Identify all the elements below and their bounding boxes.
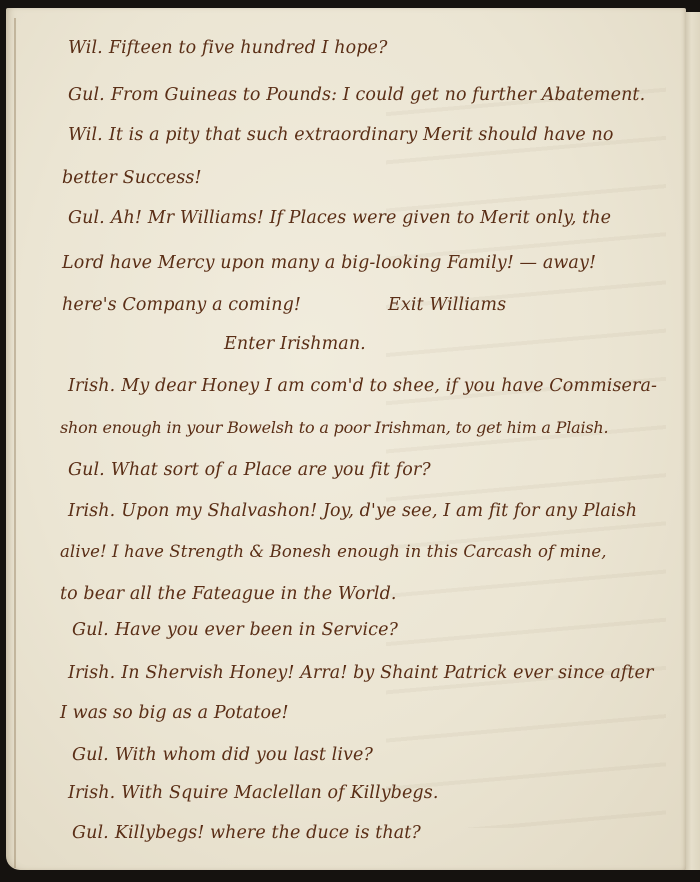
line-text: Lord have Mercy upon many a big-looking … xyxy=(62,253,596,273)
speaker-label: Irish. xyxy=(68,376,115,396)
manuscript-text: Wil.Fifteen to five hundred I hope? Gul.… xyxy=(6,8,686,870)
line-text: With Squire Maclellan of Killybegs. xyxy=(121,783,438,803)
line-text: shon enough in your Bowelsh to a poor Ir… xyxy=(60,418,608,437)
line-text: It is a pity that such extraordinary Mer… xyxy=(109,125,614,145)
speaker-label: Gul. xyxy=(68,85,105,105)
manuscript-line: Irish.In Shervish Honey! Arra! by Shaint… xyxy=(68,663,653,683)
manuscript-line: Irish.My dear Honey I am com'd to shee, … xyxy=(68,376,657,396)
line-text: Upon my Shalvashon! Joy, d'ye see, I am … xyxy=(121,501,637,521)
manuscript-line: I was so big as a Potatoe! xyxy=(60,703,289,723)
speaker-label: Irish. xyxy=(68,783,115,803)
manuscript-line: Gul.Ah! Mr Williams! If Places were give… xyxy=(68,208,611,228)
manuscript-line: Wil.It is a pity that such extraordinary… xyxy=(68,125,614,145)
speaker-label: Gul. xyxy=(72,823,109,843)
manuscript-line: here's Company a coming! Exit Williams xyxy=(62,295,662,315)
speaker-label: Gul. xyxy=(72,620,109,640)
manuscript-line: alive! I have Strength & Bonesh enough i… xyxy=(60,542,607,561)
stage-direction-text: Enter Irishman. xyxy=(224,334,366,354)
line-text: here's Company a coming! xyxy=(62,295,301,315)
line-text: With whom did you last live? xyxy=(115,745,373,765)
line-text: Ah! Mr Williams! If Places were given to… xyxy=(111,208,611,228)
line-text: better Success! xyxy=(62,168,202,188)
manuscript-line: shon enough in your Bowelsh to a poor Ir… xyxy=(60,418,608,437)
manuscript-line: better Success! xyxy=(62,168,202,188)
speaker-label: Irish. xyxy=(68,663,115,683)
manuscript-page: Wil.Fifteen to five hundred I hope? Gul.… xyxy=(6,8,686,870)
manuscript-line: to bear all the Fateague in the World. xyxy=(60,584,397,604)
speaker-label: Wil. xyxy=(68,38,103,58)
speaker-label: Wil. xyxy=(68,125,103,145)
manuscript-line: Gul.From Guineas to Pounds: I could get … xyxy=(68,85,645,105)
line-text: Have you ever been in Service? xyxy=(115,620,398,640)
manuscript-line: Gul.With whom did you last live? xyxy=(72,745,373,765)
stage-direction: Enter Irishman. xyxy=(224,334,366,354)
line-text: I was so big as a Potatoe! xyxy=(60,703,289,723)
line-text: My dear Honey I am com'd to shee, if you… xyxy=(121,376,657,396)
speaker-label: Gul. xyxy=(72,745,109,765)
line-text: Fifteen to five hundred I hope? xyxy=(109,38,388,58)
speaker-label: Gul. xyxy=(68,460,105,480)
speaker-label: Gul. xyxy=(68,208,105,228)
adjacent-page-edge xyxy=(684,12,700,870)
manuscript-line: Lord have Mercy upon many a big-looking … xyxy=(62,253,596,273)
line-text: In Shervish Honey! Arra! by Shaint Patri… xyxy=(121,663,653,683)
line-text: alive! I have Strength & Bonesh enough i… xyxy=(60,542,607,561)
line-text: to bear all the Fateague in the World. xyxy=(60,584,397,604)
manuscript-line: Gul.Have you ever been in Service? xyxy=(72,620,398,640)
line-text: From Guineas to Pounds: I could get no f… xyxy=(111,85,645,105)
manuscript-line: Irish.Upon my Shalvashon! Joy, d'ye see,… xyxy=(68,501,637,521)
line-text: Killybegs! where the duce is that? xyxy=(115,823,421,843)
speaker-label: Irish. xyxy=(68,501,115,521)
stage-direction: Exit Williams xyxy=(388,295,506,315)
manuscript-line: Gul.What sort of a Place are you fit for… xyxy=(68,460,431,480)
line-text: What sort of a Place are you fit for? xyxy=(111,460,431,480)
manuscript-line: Irish.With Squire Maclellan of Killybegs… xyxy=(68,783,438,803)
manuscript-line: Wil.Fifteen to five hundred I hope? xyxy=(68,38,387,58)
manuscript-line: Gul.Killybegs! where the duce is that? xyxy=(72,823,421,843)
